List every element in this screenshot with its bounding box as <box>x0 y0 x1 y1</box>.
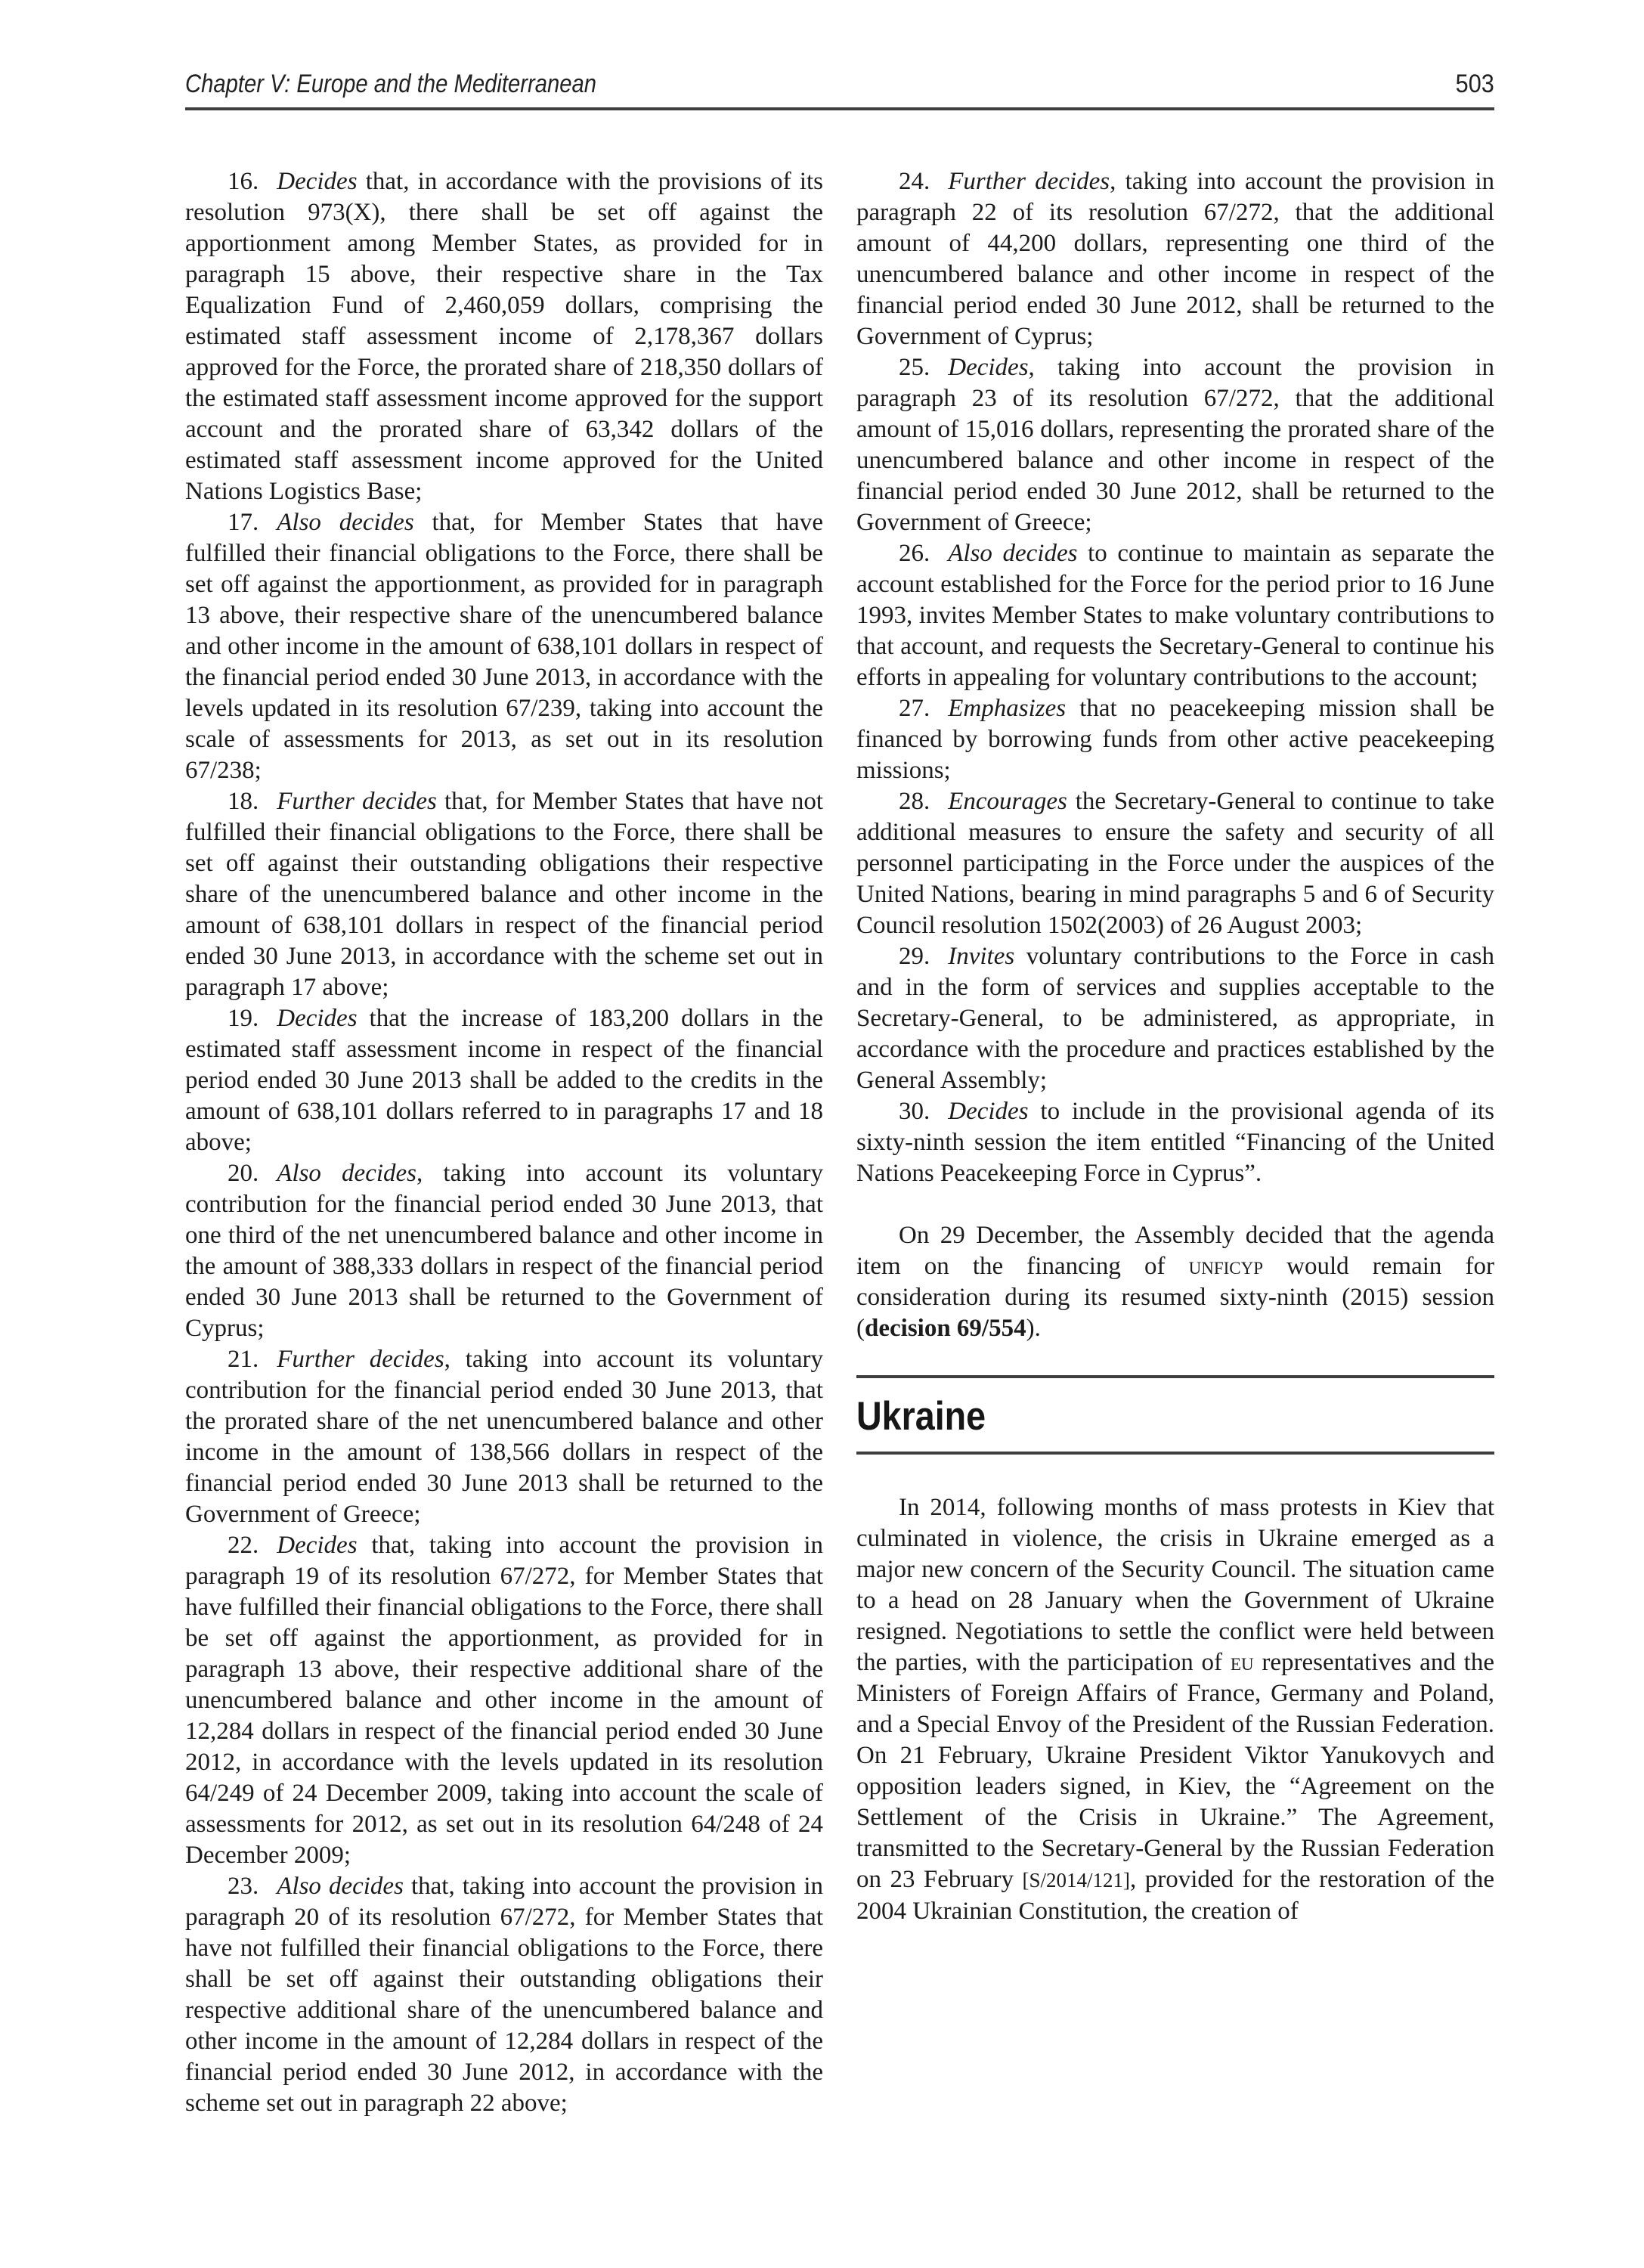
paragraph-lead: Decides <box>277 168 357 195</box>
resolution-paragraph-17: 17.Also decides that, for Member States … <box>185 507 823 786</box>
paragraph-lead: Decides <box>277 1005 357 1032</box>
paragraph-number: 19. <box>228 1005 259 1032</box>
paragraph-lead: Also decides <box>277 1873 404 1900</box>
paragraph-text: that, taking into account the provision … <box>185 1873 823 2117</box>
paragraph-lead: Invites <box>948 943 1014 970</box>
note-text: ). <box>1026 1315 1041 1342</box>
paragraph-lead: Decides <box>948 354 1028 381</box>
paragraph-text: , taking into account its voluntary cont… <box>185 1160 823 1342</box>
chapter-title: Chapter V: Europe and the Mediterranean <box>185 70 596 98</box>
paragraph-text: that, for Member States that have fulfil… <box>185 509 823 784</box>
paragraph-number: 29. <box>899 943 930 970</box>
left-column: 16.Decides that, in accordance with the … <box>185 166 823 2119</box>
resolution-paragraph-21: 21.Further decides, taking into account … <box>185 1344 823 1530</box>
right-column: 24.Further decides, taking into account … <box>856 166 1494 2119</box>
paragraph-number: 16. <box>228 168 259 195</box>
page-number: 503 <box>1456 70 1494 98</box>
resolution-paragraph-28: 28.Encourages the Secretary-General to c… <box>856 786 1494 941</box>
resolution-paragraph-23: 23.Also decides that, taking into accoun… <box>185 1871 823 2119</box>
section-heading-text: Ukraine <box>856 1396 986 1436</box>
ukraine-text: representatives and the Ministers of For… <box>856 1649 1494 1893</box>
ukraine-intro-paragraph: In 2014, following months of mass protes… <box>856 1492 1494 1927</box>
eu-smallcaps: EU <box>1231 1649 1254 1676</box>
paragraph-lead: Further decides <box>277 788 437 815</box>
paragraph-text: , taking into account its voluntary cont… <box>185 1346 823 1528</box>
paragraph-text: that, in accordance with the provisions … <box>185 168 823 505</box>
paragraph-number: 20. <box>228 1160 259 1187</box>
assembly-decision-note: On 29 December, the Assembly decided tha… <box>856 1220 1494 1344</box>
resolution-paragraph-24: 24.Further decides, taking into account … <box>856 166 1494 352</box>
paragraph-text: , taking into account the provision in p… <box>856 354 1494 536</box>
paragraph-lead: Further decides <box>948 168 1110 195</box>
ukraine-section: Ukraine In 2014, following months of mas… <box>856 1375 1494 1927</box>
paragraph-lead: Decides <box>277 1532 357 1559</box>
resolution-paragraph-16: 16.Decides that, in accordance with the … <box>185 166 823 507</box>
paragraph-lead: Further decides <box>277 1346 444 1373</box>
paragraph-lead: Also decides <box>277 1160 416 1187</box>
resolution-paragraph-22: 22.Decides that, taking into account the… <box>185 1530 823 1871</box>
resolution-paragraph-19: 19.Decides that the increase of 183,200 … <box>185 1003 823 1158</box>
document-page: Chapter V: Europe and the Mediterranean … <box>0 0 1644 2268</box>
section-rule-top <box>856 1375 1494 1378</box>
paragraph-text: that, taking into account the provision … <box>185 1532 823 1869</box>
paragraph-number: 24. <box>899 168 930 195</box>
paragraph-lead: Also decides <box>277 509 413 536</box>
paragraph-number: 23. <box>228 1873 259 1900</box>
resolution-paragraph-25: 25.Decides, taking into account the prov… <box>856 352 1494 538</box>
paragraph-number: 18. <box>228 788 259 815</box>
paragraph-number: 26. <box>899 540 930 567</box>
paragraph-number: 25. <box>899 354 930 381</box>
resolution-paragraph-30: 30.Decides to include in the provisional… <box>856 1096 1494 1189</box>
running-header: Chapter V: Europe and the Mediterranean … <box>185 70 1494 110</box>
paragraph-number: 21. <box>228 1346 259 1373</box>
paragraph-lead: Encourages <box>948 788 1067 815</box>
paragraph-lead: Also decides <box>948 540 1077 567</box>
resolution-paragraph-18: 18.Further decides that, for Member Stat… <box>185 786 823 1003</box>
paragraph-text: that, for Member States that have not fu… <box>185 788 823 1001</box>
resolution-paragraph-26: 26.Also decides to continue to maintain … <box>856 538 1494 693</box>
unficyp-smallcaps: UNFICYP <box>1189 1253 1263 1280</box>
paragraph-number: 17. <box>228 509 259 536</box>
paragraph-lead: Emphasizes <box>948 695 1066 722</box>
paragraph-number: 28. <box>899 788 930 815</box>
section-rule-bottom <box>856 1452 1494 1455</box>
text-columns: 16.Decides that, in accordance with the … <box>185 166 1494 2119</box>
resolution-paragraph-29: 29.Invites voluntary contributions to th… <box>856 941 1494 1096</box>
paragraph-lead: Decides <box>948 1098 1028 1125</box>
resolution-paragraph-20: 20.Also decides, taking into account its… <box>185 1158 823 1344</box>
paragraph-number: 22. <box>228 1532 259 1559</box>
section-heading-ukraine: Ukraine <box>856 1396 1494 1436</box>
resolution-paragraph-27: 27.Emphasizes that no peacekeeping missi… <box>856 693 1494 786</box>
document-symbol: [S/2014/121] <box>1022 1869 1130 1892</box>
paragraph-number: 30. <box>899 1098 930 1125</box>
decision-reference: decision 69/554 <box>865 1315 1026 1342</box>
paragraph-number: 27. <box>899 695 930 722</box>
paragraph-text: , taking into account the provision in p… <box>856 168 1494 350</box>
